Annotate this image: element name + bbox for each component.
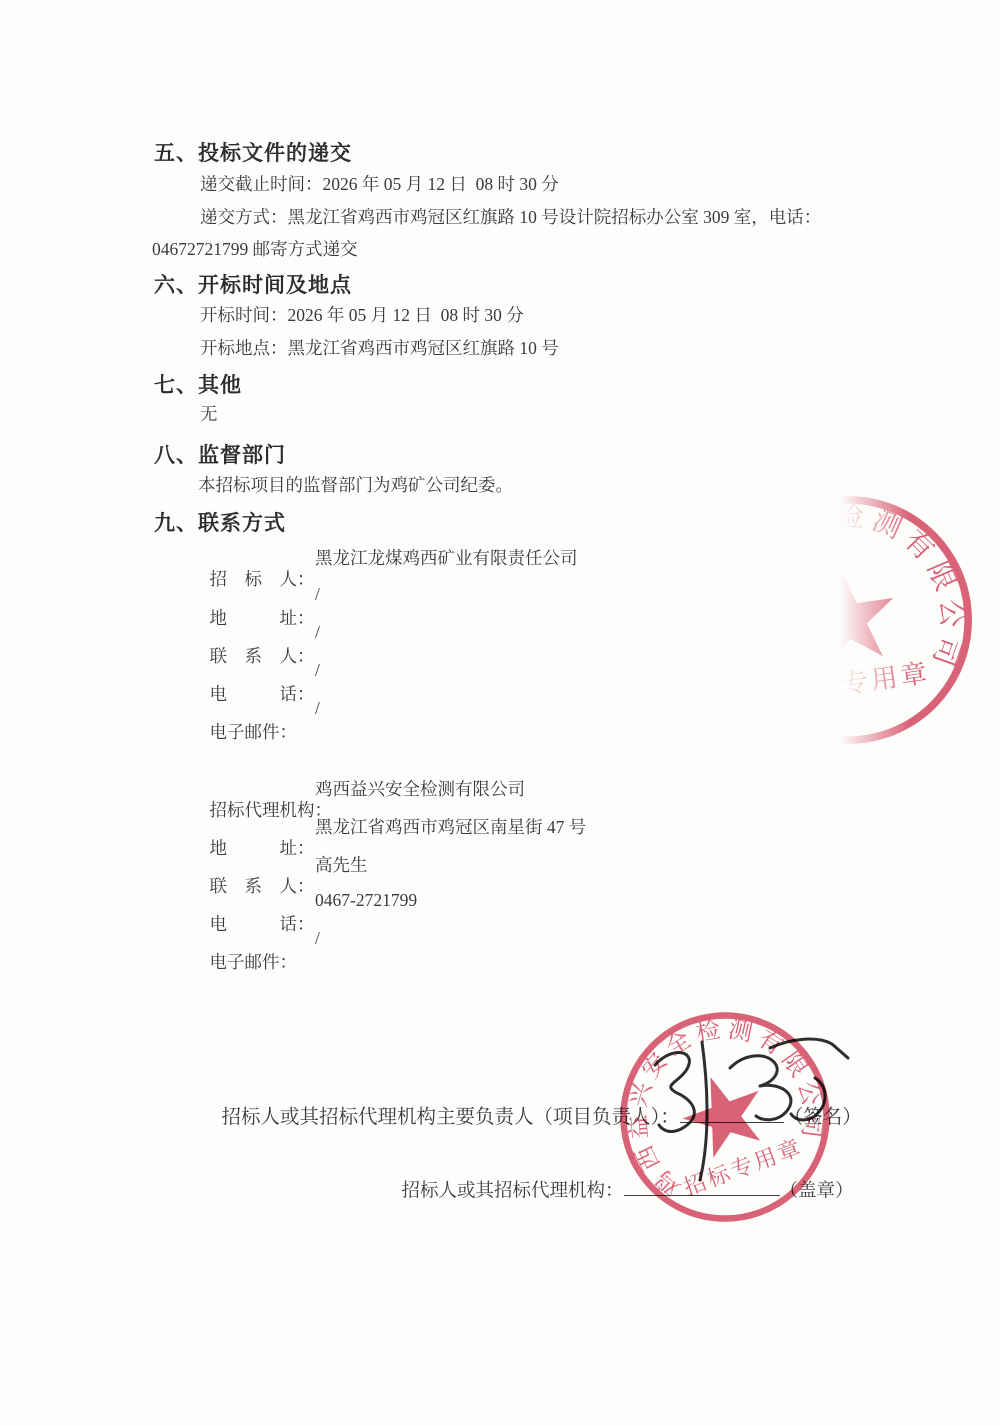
company-seal-partial: 鸡西益兴安全检测有限公司 招标专用章 bbox=[706, 478, 990, 762]
section-7-heading: 七、其他 bbox=[154, 369, 242, 399]
tenderer-address-row: 地 址： / bbox=[192, 584, 315, 608]
section-5-heading: 五、投标文件的递交 bbox=[154, 137, 352, 167]
field-value: 黑龙江省鸡西市鸡冠区南星街 47 号 bbox=[315, 814, 586, 839]
agency-name-row: 招标代理机构： 鸡西益兴安全检测有限公司 bbox=[192, 776, 332, 800]
handwritten-signature bbox=[630, 1020, 860, 1200]
agency-address-row: 地 址： 黑龙江省鸡西市鸡冠区南星街 47 号 bbox=[192, 814, 315, 838]
field-value: / bbox=[315, 928, 320, 949]
agency-phone-row: 电 话： 0467-2721799 bbox=[192, 890, 315, 914]
section-9-heading: 九、联系方式 bbox=[154, 507, 286, 537]
tenderer-name-row: 招 标 人： 黑龙江龙煤鸡西矿业有限责任公司 bbox=[192, 545, 315, 569]
section-7-body: 无 bbox=[200, 404, 218, 425]
tenderer-email-row: 电子邮件： / bbox=[192, 698, 297, 722]
agency-contact-row: 联 系 人： 高先生 bbox=[192, 852, 315, 876]
field-label: 电子邮件： bbox=[210, 722, 298, 742]
tenderer-contact-row: 联 系 人： / bbox=[192, 622, 315, 646]
seal-type-text: 招标专用章 bbox=[782, 658, 932, 707]
field-value: / bbox=[315, 622, 320, 643]
field-value: 高先生 bbox=[315, 852, 368, 877]
submission-method-line-2: 04672721799 邮寄方式递交 bbox=[152, 239, 358, 260]
field-label: 电子邮件： bbox=[210, 952, 298, 972]
field-value: / bbox=[315, 660, 320, 681]
section-6-heading: 六、开标时间及地点 bbox=[154, 269, 352, 299]
bid-opening-time-line: 开标时间：2026 年 05 月 12 日 08 时 30 分 bbox=[200, 305, 524, 326]
field-value: 0467-2721799 bbox=[315, 890, 417, 911]
submission-deadline-line: 递交截止时间：2026 年 05 月 12 日 08 时 30 分 bbox=[200, 174, 559, 195]
tenderer-phone-row: 电 话： / bbox=[192, 660, 315, 684]
section-8-heading: 八、监督部门 bbox=[154, 439, 286, 469]
document-page: 五、投标文件的递交 递交截止时间：2026 年 05 月 12 日 08 时 3… bbox=[0, 0, 1000, 1426]
section-8-body: 本招标项目的监督部门为鸡矿公司纪委。 bbox=[198, 475, 513, 496]
field-value: / bbox=[315, 584, 320, 605]
field-value: 黑龙江龙煤鸡西矿业有限责任公司 bbox=[315, 545, 578, 570]
agency-email-row: 电子邮件： / bbox=[192, 928, 297, 952]
bid-opening-place-line: 开标地点：黑龙江省鸡西市鸡冠区红旗路 10 号 bbox=[200, 338, 559, 359]
field-value: / bbox=[315, 698, 320, 719]
seal-star-icon bbox=[794, 564, 901, 667]
seal-line-label: 招标人或其招标代理机构： bbox=[402, 1181, 624, 1201]
submission-method-line: 递交方式：黑龙江省鸡西市鸡冠区红旗路 10 号设计院招标办公室 309 室，电话… bbox=[200, 207, 821, 228]
field-value: 鸡西益兴安全检测有限公司 bbox=[315, 776, 525, 801]
